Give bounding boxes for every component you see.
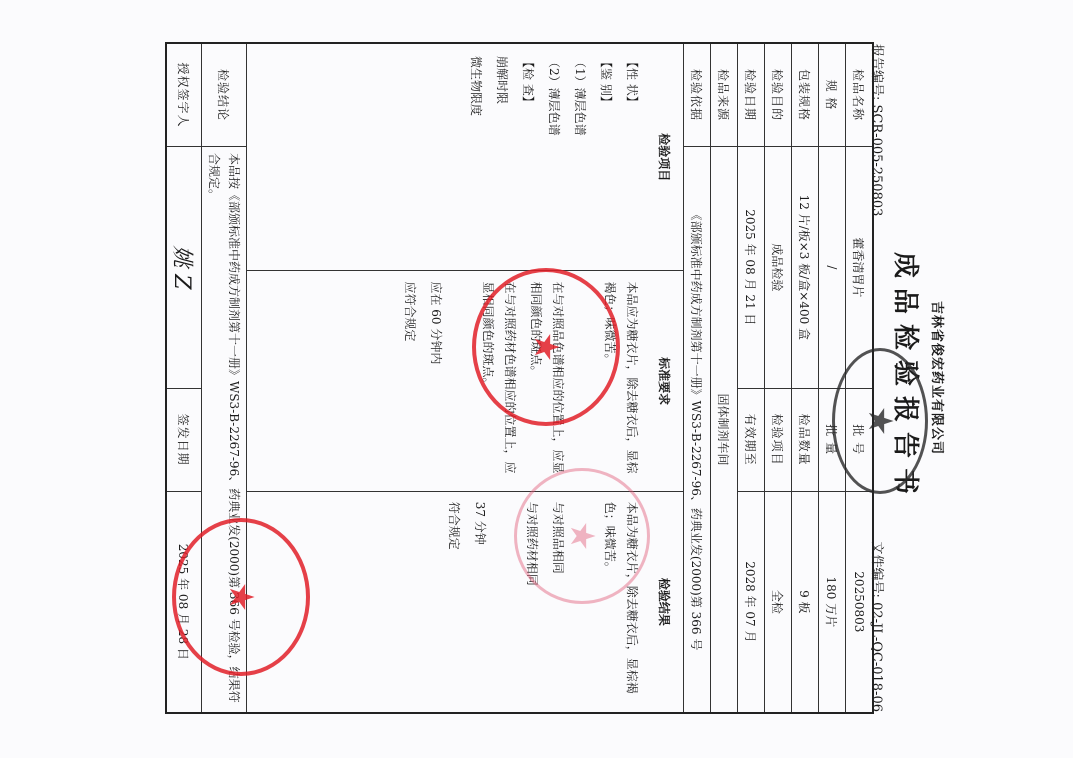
info-row: 检品名称 藿香清胃片 批 号 20250803 (846, 43, 874, 713)
label-signer: 授权签字人 (166, 43, 202, 147)
result-row-standard: 在与对照品色谱相应的位置上，应显相同颜色的斑点。 (525, 281, 569, 480)
value-sample-qty: 9 板 (792, 491, 819, 713)
label-product-name: 检品名称 (846, 43, 874, 147)
label-items: 检验项目 (765, 388, 792, 491)
result-row-standard (573, 281, 595, 480)
label-issue-date: 签发日期 (166, 388, 202, 491)
result-column: 检验结果 本品为糖衣片，除去糖衣后，显棕褐色；味微苦。 与对照品相同与对照药材相… (247, 491, 684, 713)
result-row-item: （1）薄层色谱 (569, 56, 591, 258)
signature-row: 授权签字人 姚 Z 签发日期 2025 年 08 月 28 日 (166, 43, 202, 713)
conclusion-row: 检验结论 本品按《部颁标准中药成方制剂第十一册》WS3-B-2267-96、药典… (202, 43, 247, 713)
result-row-result: 符合规定 (443, 502, 465, 702)
value-packaging: 12 片/板×3 板/盒×400 盒 (792, 147, 819, 389)
value-expiry: 2028 年 07 月 (738, 491, 765, 713)
result-row-item: 【鉴 别】 (595, 56, 617, 258)
info-row: 规 格 / 批 量 180 万片 (819, 43, 846, 713)
conclusion-text: 本品按《部颁标准中药成方制剂第十一册》WS3-B-2267-96、药典业发(20… (202, 147, 247, 714)
result-row-result: 与对照品相同 (547, 502, 569, 702)
label-date: 检验日期 (738, 43, 765, 147)
result-row-standard: 应在 60 分钟内 (425, 281, 447, 480)
items-column: 检验项目 【性 状】【鉴 别】（1）薄层色谱（2）薄层色谱【检 查】崩解时限微生… (247, 43, 684, 271)
value-date: 2025 年 08 月 21 日 (738, 147, 765, 389)
inspection-report-page: 吉林省俊宏药业有限公司 成品检验报告书 报告编号: SCR-005-250803… (200, 38, 1000, 718)
info-row: 检验日期 2025 年 08 月 21 日 有效期至 2028 年 07 月 (738, 43, 765, 713)
info-row: 检验目的 成品检验 检验项目 全检 (765, 43, 792, 713)
results-block: 检验项目 【性 状】【鉴 别】（1）薄层色谱（2）薄层色谱【检 查】崩解时限微生… (247, 43, 684, 713)
label-batch: 批 号 (846, 388, 874, 491)
value-items: 全检 (765, 491, 792, 713)
label-purpose: 检验目的 (765, 43, 792, 147)
value-issue-date: 2025 年 08 月 28 日 (166, 491, 202, 713)
result-row-standard: 在与对照药材色谱相应的位置上，应显相同颜色的斑点。 (477, 281, 521, 480)
label-packaging: 包装规格 (792, 43, 819, 147)
result-row-standard: 本品应为糖衣片，除去糖衣后，显棕褐色；味微苦。 (599, 281, 643, 480)
value-batch-size: 180 万片 (819, 491, 846, 713)
signature: 姚 Z (166, 147, 202, 389)
label-conclusion: 检验结论 (202, 43, 247, 147)
result-row-result (495, 502, 517, 702)
result-row-standard (451, 281, 473, 480)
result-row-item: 【检 查】 (517, 56, 539, 258)
result-row-result: 本品为糖衣片，除去糖衣后，显棕褐色；味微苦。 (599, 502, 643, 702)
label-spec: 规 格 (819, 43, 846, 147)
report-title: 成品检验报告书 (889, 38, 926, 718)
label-source: 检品来源 (711, 43, 738, 147)
value-source: 固体制剂车间 (711, 147, 738, 714)
value-purpose: 成品检验 (765, 147, 792, 389)
result-row-item: 微生物限度 (465, 56, 487, 258)
info-row: 检验依据 《部颁标准中药成方制剂第十一册》WS3-B-2267-96、药典业发(… (684, 43, 711, 713)
result-row-result (573, 502, 595, 702)
label-expiry: 有效期至 (738, 388, 765, 491)
label-batch-size: 批 量 (819, 388, 846, 491)
value-basis: 《部颁标准中药成方制剂第十一册》WS3-B-2267-96、药典业发(2000)… (684, 147, 711, 714)
result-row-item: 崩解时限 (491, 56, 513, 258)
label-sample-qty: 检品数量 (792, 388, 819, 491)
value-product-name: 藿香清胃片 (846, 147, 874, 389)
info-row: 包装规格 12 片/板×3 板/盒×400 盒 检品数量 9 板 (792, 43, 819, 713)
result-row-standard: 应符合规定 (399, 281, 421, 480)
result-row-result: 37 分钟 (469, 502, 491, 702)
result-row-result: 与对照药材相同 (521, 502, 543, 702)
value-batch: 20250803 (846, 491, 874, 713)
result-row-item: （2）薄层色谱 (543, 56, 565, 258)
value-spec: / (819, 147, 846, 389)
label-basis: 检验依据 (684, 43, 711, 147)
standard-column: 标准要求 本品应为糖衣片，除去糖衣后，显棕褐色；味微苦。 在与对照品色谱相应的位… (247, 271, 684, 491)
report-table: 检品名称 藿香清胃片 批 号 20250803 规 格 / 批 量 180 万片… (165, 42, 874, 714)
result-row-item: 【性 状】 (621, 56, 643, 258)
info-row: 检品来源 固体制剂车间 (711, 43, 738, 713)
company-name: 吉林省俊宏药业有限公司 (929, 38, 948, 718)
